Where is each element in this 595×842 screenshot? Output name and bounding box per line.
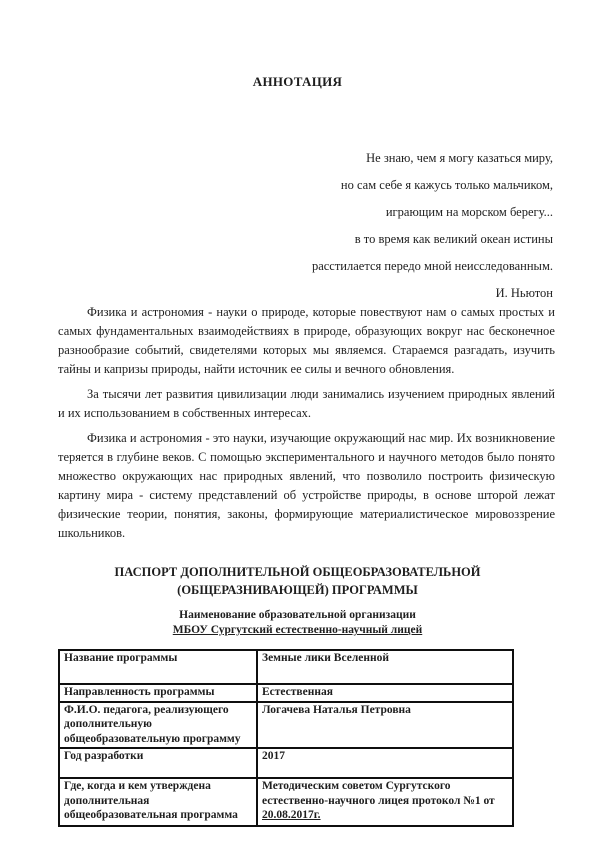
epigraph-line: играющим на морском берегу...: [58, 199, 553, 226]
table-cell-value: Земные лики Вселенной: [257, 650, 513, 684]
epigraph: Не знаю, чем я могу казаться миру, но са…: [58, 145, 553, 307]
document-page: АННОТАЦИЯ Не знаю, чем я могу казаться м…: [0, 0, 595, 842]
document-title: АННОТАЦИЯ: [0, 74, 595, 90]
table-cell-value: 2017: [257, 748, 513, 778]
table-cell-value: Логачева Наталья Петровна: [257, 702, 513, 749]
table-cell-value: Естественная: [257, 684, 513, 702]
passport-table: Название программы Земные лики Вселенной…: [58, 649, 514, 827]
passport-heading: ПАСПОРТ ДОПОЛНИТЕЛЬНОЙ ОБЩЕОБРАЗОВАТЕЛЬН…: [0, 564, 595, 599]
passport-heading-line1: ПАСПОРТ ДОПОЛНИТЕЛЬНОЙ ОБЩЕОБРАЗОВАТЕЛЬН…: [0, 564, 595, 582]
table-cell-value: Методическим советом Сургутского естеств…: [257, 778, 513, 826]
epigraph-line: расстилается передо мной неисследованным…: [58, 253, 553, 280]
table-row: Направленность программы Естественная: [59, 684, 513, 702]
epigraph-line: Не знаю, чем я могу казаться миру,: [58, 145, 553, 172]
epigraph-line: но сам себе я кажусь только мальчиком,: [58, 172, 553, 199]
table-row: Название программы Земные лики Вселенной: [59, 650, 513, 684]
approval-date: 20.08.2017г.: [262, 809, 321, 821]
table-cell-label: Направленность программы: [59, 684, 257, 702]
epigraph-line: в то время как великий океан истины: [58, 226, 553, 253]
table-row: Где, когда и кем утверждена дополнительн…: [59, 778, 513, 826]
passport-heading-line2: (ОБЩЕРАЗНИВАЮЩЕЙ) ПРОГРАММЫ: [0, 582, 595, 600]
table-cell-label: Ф.И.О. педагога, реализующего дополнител…: [59, 702, 257, 749]
table-cell-label: Название программы: [59, 650, 257, 684]
body-paragraph: Физика и астрономия - науки о природе, к…: [58, 303, 555, 379]
body-paragraph: Физика и астрономия - это науки, изучающ…: [58, 429, 555, 543]
approval-text: Методическим советом Сургутского естеств…: [262, 780, 495, 807]
table-cell-label: Год разработки: [59, 748, 257, 778]
organization-block: Наименование образовательной организации…: [0, 608, 595, 638]
organization-name: МБОУ Сургутский естественно-научный лице…: [0, 623, 595, 638]
table-row: Год разработки 2017: [59, 748, 513, 778]
body-text: Физика и астрономия - науки о природе, к…: [58, 303, 555, 549]
body-paragraph: За тысячи лет развития цивилизации люди …: [58, 385, 555, 423]
table-cell-label: Где, когда и кем утверждена дополнительн…: [59, 778, 257, 826]
table-row: Ф.И.О. педагога, реализующего дополнител…: [59, 702, 513, 749]
organization-label: Наименование образовательной организации: [0, 608, 595, 623]
